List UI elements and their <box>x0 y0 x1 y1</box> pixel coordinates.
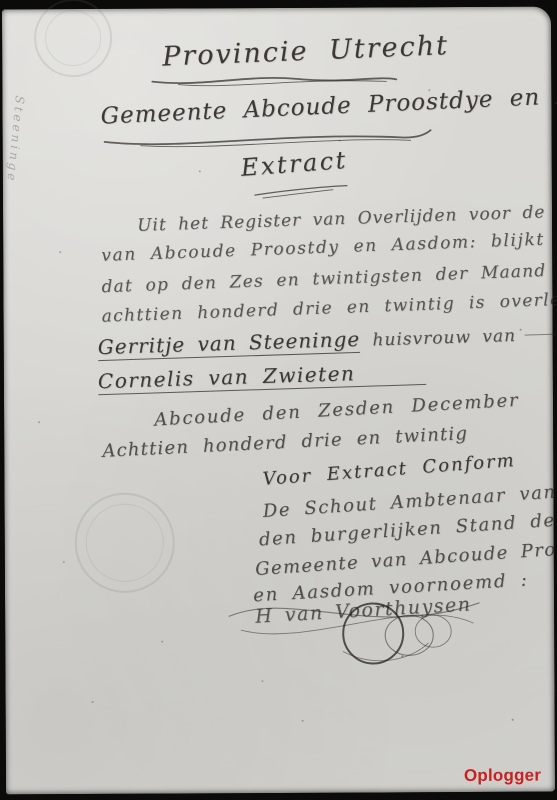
body-line: van Abcoude Proostdy en Aasdom: blijkt <box>101 230 545 266</box>
underline-flourish-icon <box>148 69 400 90</box>
paper-specks <box>2 9 4 11</box>
body-line: dat op den Zes en twintigsten der Maand … <box>101 258 557 298</box>
watermark-label: Oplogger <box>464 766 541 786</box>
document-scan: Steeninge Provincie Utrecht Gemeente Abc… <box>0 0 557 800</box>
spouse-name-line: Cornelis van Zwieten <box>98 359 426 393</box>
signature-flourish-icon <box>223 581 487 674</box>
deceased-suffix: huisvrouw van <box>372 326 516 351</box>
deceased-name: Gerritje van Steeninge <box>97 327 360 361</box>
spouse-name: Cornelis van Zwieten <box>98 359 426 395</box>
closing-line: Voor Extract Conform <box>262 450 516 490</box>
body-line: Uit het Register van Overlijden voor de … <box>137 199 557 236</box>
margin-note: Steeninge <box>4 95 27 184</box>
deceased-name-line: Gerritje van Steeninge huisvrouw van <box>97 320 557 359</box>
underline-flourish-icon <box>101 127 435 153</box>
paper-sheet: Steeninge Provincie Utrecht Gemeente Abc… <box>2 7 555 795</box>
embossed-seal-middle <box>74 493 175 594</box>
filler-line <box>525 333 557 335</box>
header-province-line: Provincie Utrecht <box>162 30 450 72</box>
embossed-seal-top <box>34 0 112 77</box>
underline-flourish-icon <box>251 182 351 201</box>
